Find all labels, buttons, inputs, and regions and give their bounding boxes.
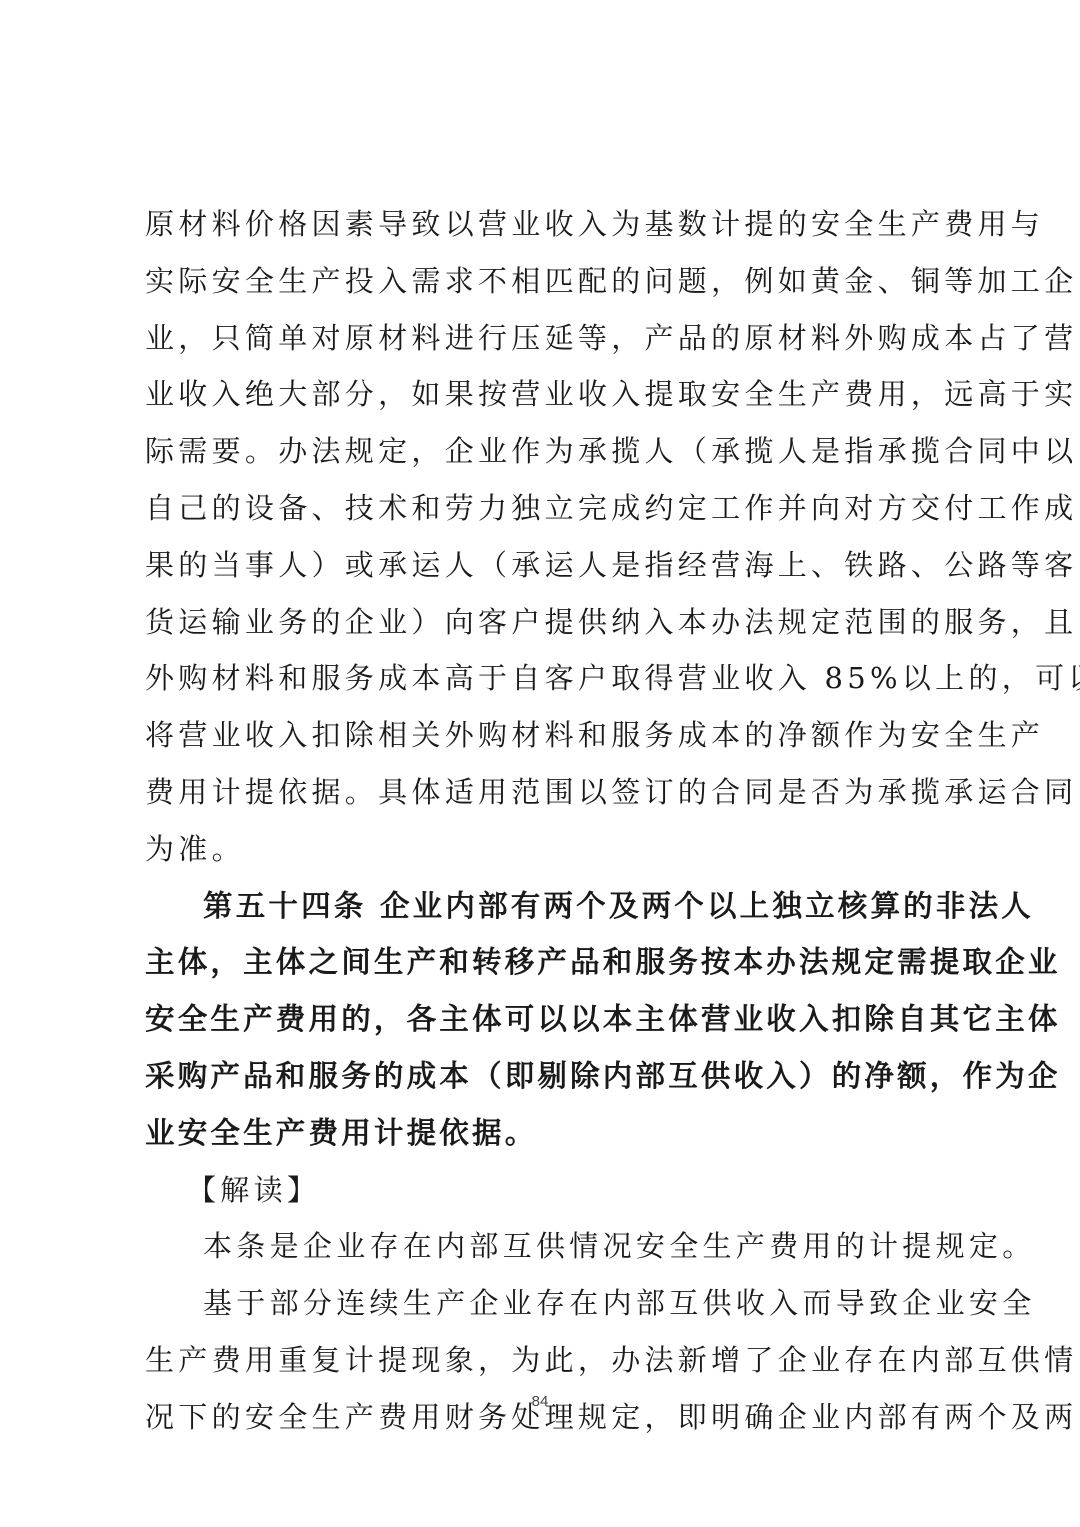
article-line: 采购产品和服务的成本（即剔除内部互供收入）的净额，作为企: [145, 1048, 950, 1105]
text-line: 费用计提依据。具体适用范围以签订的合同是否为承揽承运合同: [145, 764, 950, 821]
article-line: 第五十四条 企业内部有两个及两个以上独立核算的非法人: [145, 878, 950, 935]
paragraph-continuation: 原材料价格因素导致以营业收入为基数计提的安全生产费用与 实际安全生产投入需求不相…: [145, 196, 950, 878]
text-line: 自己的设备、技术和劳力独立完成约定工作并向对方交付工作成: [145, 480, 950, 537]
page-number: 84: [0, 1393, 1080, 1410]
interpretation-paragraph-2: 基于部分连续生产企业存在内部互供收入而导致企业安全 生产费用重复计提现象，为此，…: [145, 1275, 950, 1445]
text-line: 果的当事人）或承运人（承运人是指经营海上、铁路、公路等客: [145, 537, 950, 594]
text-line: 业，只简单对原材料进行压延等，产品的原材料外购成本占了营: [145, 310, 950, 367]
text-line: 将营业收入扣除相关外购材料和服务成本的净额作为安全生产: [145, 707, 950, 764]
text-line: 原材料价格因素导致以营业收入为基数计提的安全生产费用与: [145, 196, 950, 253]
article-line: 业安全生产费用计提依据。: [145, 1105, 950, 1162]
text-line: 业收入绝大部分，如果按营业收入提取安全生产费用，远高于实: [145, 366, 950, 423]
document-body: 原材料价格因素导致以营业收入为基数计提的安全生产费用与 实际安全生产投入需求不相…: [145, 196, 950, 1446]
text-line: 际需要。办法规定，企业作为承揽人（承揽人是指承揽合同中以: [145, 423, 950, 480]
text-line: 货运输业务的企业）向客户提供纳入本办法规定范围的服务，且: [145, 594, 950, 651]
text-line: 外购材料和服务成本高于自客户取得营业收入 85%以上的，可以: [145, 650, 950, 707]
interpretation-paragraph-1: 本条是企业存在内部互供情况安全生产费用的计提规定。: [145, 1218, 950, 1275]
text-line: 基于部分连续生产企业存在内部互供收入而导致企业安全: [145, 1275, 950, 1332]
text-line: 实际安全生产投入需求不相匹配的问题，例如黄金、铜等加工企: [145, 253, 950, 310]
text-line: 为准。: [145, 821, 950, 878]
article-line: 安全生产费用的，各主体可以以本主体营业收入扣除自其它主体: [145, 991, 950, 1048]
article-54: 第五十四条 企业内部有两个及两个以上独立核算的非法人 主体，主体之间生产和转移产…: [145, 878, 950, 1162]
article-line: 主体，主体之间生产和转移产品和服务按本办法规定需提取企业: [145, 934, 950, 991]
interpretation-heading: 【解读】: [145, 1162, 950, 1219]
text-line: 生产费用重复计提现象，为此，办法新增了企业存在内部互供情: [145, 1332, 950, 1389]
